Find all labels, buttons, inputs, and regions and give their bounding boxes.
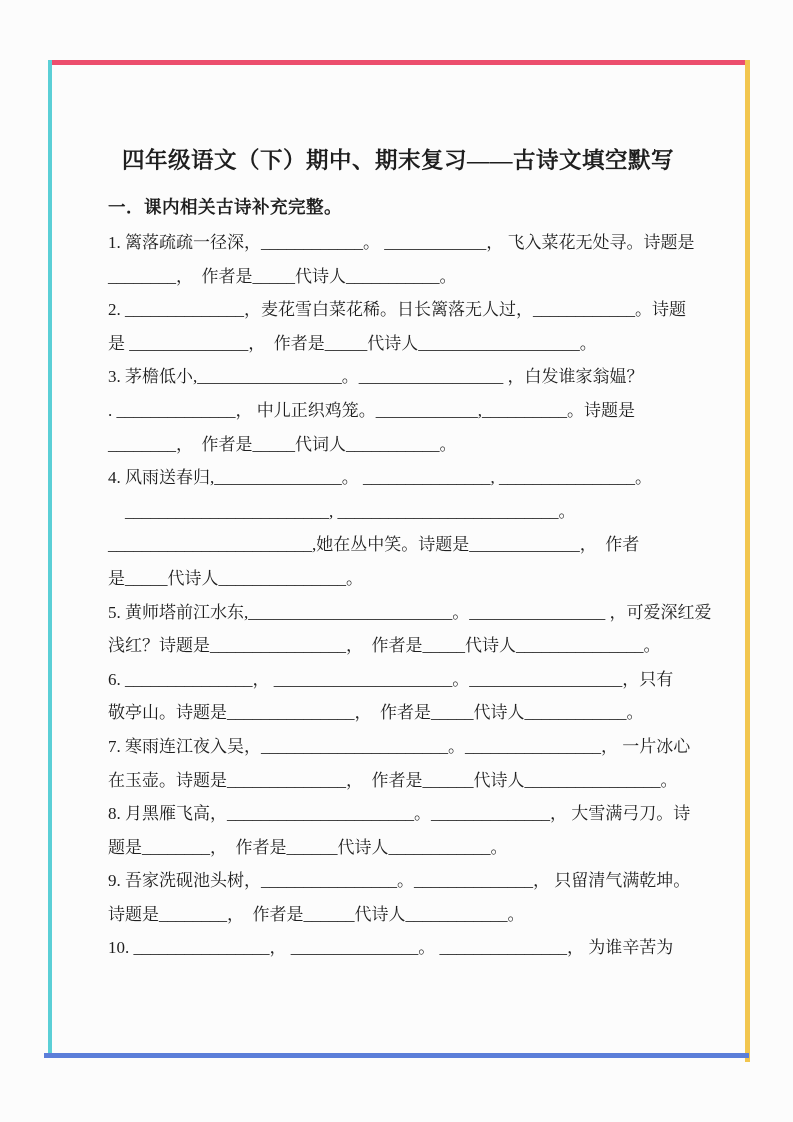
- worksheet-line: ________， 作者是_____代诗人___________。: [108, 260, 708, 294]
- worksheet-line: 5. 黄师塔前江水东,________________________。____…: [108, 596, 708, 630]
- worksheet-line: 在玉壶。诗题是______________， 作者是______代诗人_____…: [108, 764, 708, 798]
- worksheet-line: 10. ________________， _______________。 _…: [108, 931, 708, 965]
- worksheet-line: 6. _______________， ____________________…: [108, 663, 708, 697]
- frame-left-border: [48, 60, 52, 1058]
- worksheet-line: ________________________, ______________…: [108, 495, 708, 529]
- document-title: 四年级语文（下）期中、期末复习——古诗文填空默写: [58, 143, 738, 175]
- worksheet-line: ________________________,她在丛中笑。诗题是______…: [108, 528, 708, 562]
- worksheet-line: 1. 篱落疏疏一径深，____________。 ____________， 飞…: [108, 226, 708, 260]
- worksheet-lines: 1. 篱落疏疏一径深，____________。 ____________， 飞…: [108, 226, 708, 965]
- worksheet-line: 是_____代诗人_______________。: [108, 562, 708, 596]
- worksheet-line: ________， 作者是_____代词人___________。: [108, 428, 708, 462]
- worksheet-line: 8. 月黑雁飞高，______________________。________…: [108, 797, 708, 831]
- worksheet-line: . ______________， 中儿正织鸡笼。____________,__…: [108, 394, 708, 428]
- worksheet-line: 浅红？诗题是________________， 作者是_____代诗人_____…: [108, 629, 708, 663]
- worksheet-line: 2. ______________，麦花雪白菜花稀。日长篱落无人过，______…: [108, 293, 708, 327]
- section-heading: 一．课内相关古诗补充完整。: [108, 194, 342, 219]
- worksheet-line: 题是________， 作者是______代诗人____________。: [108, 831, 708, 865]
- worksheet-line: 是 ______________， 作者是_____代诗人___________…: [108, 327, 708, 361]
- frame-right-border: [745, 60, 750, 1062]
- worksheet-line: 敬亭山。诗题是_______________， 作者是_____代诗人_____…: [108, 696, 708, 730]
- worksheet-page: 四年级语文（下）期中、期末复习——古诗文填空默写 一．课内相关古诗补充完整。 1…: [0, 0, 793, 1122]
- worksheet-line: 9. 吾家洗砚池头树，________________。____________…: [108, 864, 708, 898]
- worksheet-line: 4. 风雨送春归,_______________。 ______________…: [108, 461, 708, 495]
- frame-top-border: [48, 60, 749, 65]
- worksheet-line: 诗题是________， 作者是______代诗人____________。: [108, 898, 708, 932]
- frame-bottom-border: [44, 1053, 749, 1058]
- worksheet-line: 3. 茅檐低小,_________________。______________…: [108, 360, 708, 394]
- worksheet-line: 7. 寒雨连江夜入吴，______________________。______…: [108, 730, 708, 764]
